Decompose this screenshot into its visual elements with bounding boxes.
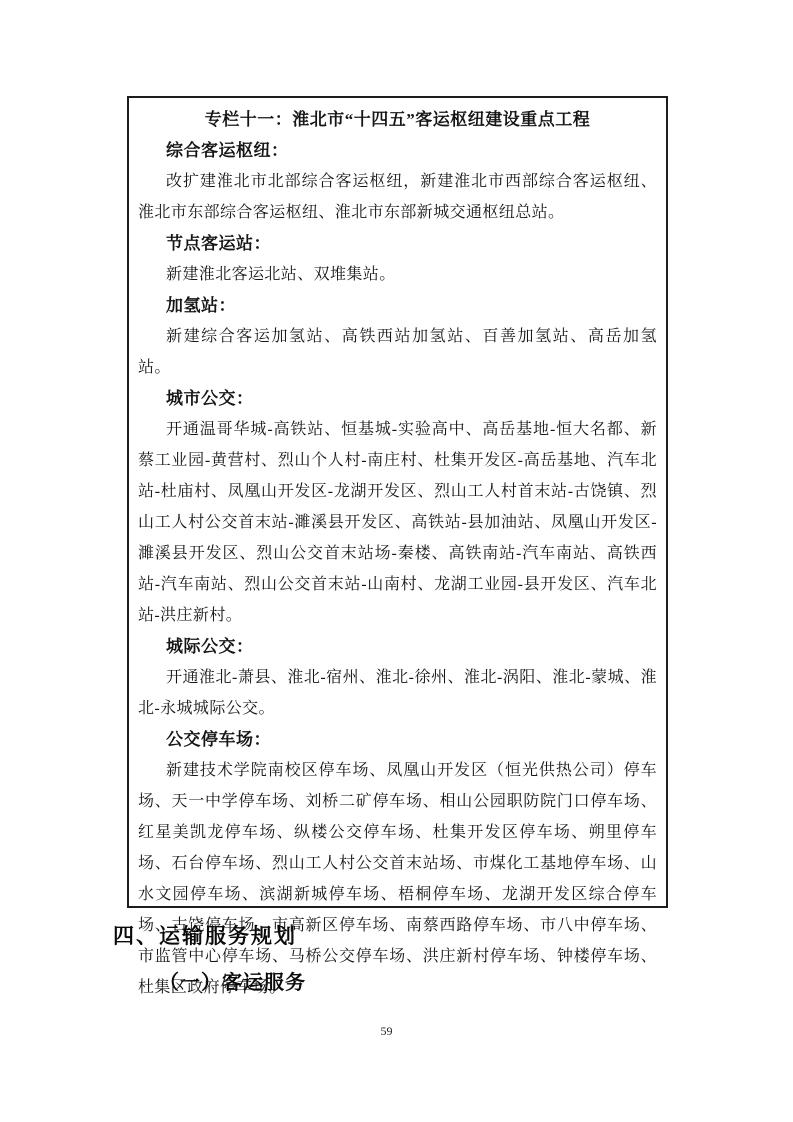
subsection-heading: （一）客运服务: [159, 966, 306, 995]
page-number: 59: [0, 1024, 773, 1039]
section-heading: 城市公交：: [138, 383, 657, 414]
section-body: 开通淮北-萧县、淮北-宿州、淮北-徐州、淮北-涡阳、淮北-蒙城、淮北-永城城际公…: [138, 662, 657, 724]
section-node-stations: 节点客运站： 新建淮北客运北站、双堆集站。: [138, 228, 657, 290]
section-heading: 节点客运站：: [138, 228, 657, 259]
section-body: 新建综合客运加氢站、高铁西站加氢站、百善加氢站、高岳加氢站。: [138, 321, 657, 383]
feature-box-title: 专栏十一：淮北市“十四五”客运枢纽建设重点工程: [138, 104, 657, 135]
section-comprehensive-hubs: 综合客运枢纽： 改扩建淮北市北部综合客运枢纽，新建淮北市西部综合客运枢纽、淮北市…: [138, 135, 657, 228]
section-heading: 加氢站：: [138, 290, 657, 321]
section-heading: 公交停车场：: [138, 724, 657, 755]
section-heading: 城际公交：: [138, 631, 657, 662]
feature-box: 专栏十一：淮北市“十四五”客运枢纽建设重点工程 综合客运枢纽： 改扩建淮北市北部…: [127, 96, 668, 908]
section-intercity-bus: 城际公交： 开通淮北-萧县、淮北-宿州、淮北-徐州、淮北-涡阳、淮北-蒙城、淮北…: [138, 631, 657, 724]
section-hydrogen-stations: 加氢站： 新建综合客运加氢站、高铁西站加氢站、百善加氢站、高岳加氢站。: [138, 290, 657, 383]
section-bus-parking: 公交停车场： 新建技术学院南校区停车场、凤凰山开发区（恒光供热公司）停车场、天一…: [138, 724, 657, 1003]
document-page: 专栏十一：淮北市“十四五”客运枢纽建设重点工程 综合客运枢纽： 改扩建淮北市北部…: [0, 0, 793, 1122]
chapter-heading: 四、运输服务规划: [113, 920, 297, 950]
section-city-bus: 城市公交： 开通温哥华城-高铁站、恒基城-实验高中、高岳基地-恒大名都、新蔡工业…: [138, 383, 657, 631]
section-body: 新建淮北客运北站、双堆集站。: [138, 259, 657, 290]
section-body: 开通温哥华城-高铁站、恒基城-实验高中、高岳基地-恒大名都、新蔡工业园-黄营村、…: [138, 414, 657, 631]
section-heading: 综合客运枢纽：: [138, 135, 657, 166]
section-body: 改扩建淮北市北部综合客运枢纽，新建淮北市西部综合客运枢纽、淮北市东部综合客运枢纽…: [138, 166, 657, 228]
